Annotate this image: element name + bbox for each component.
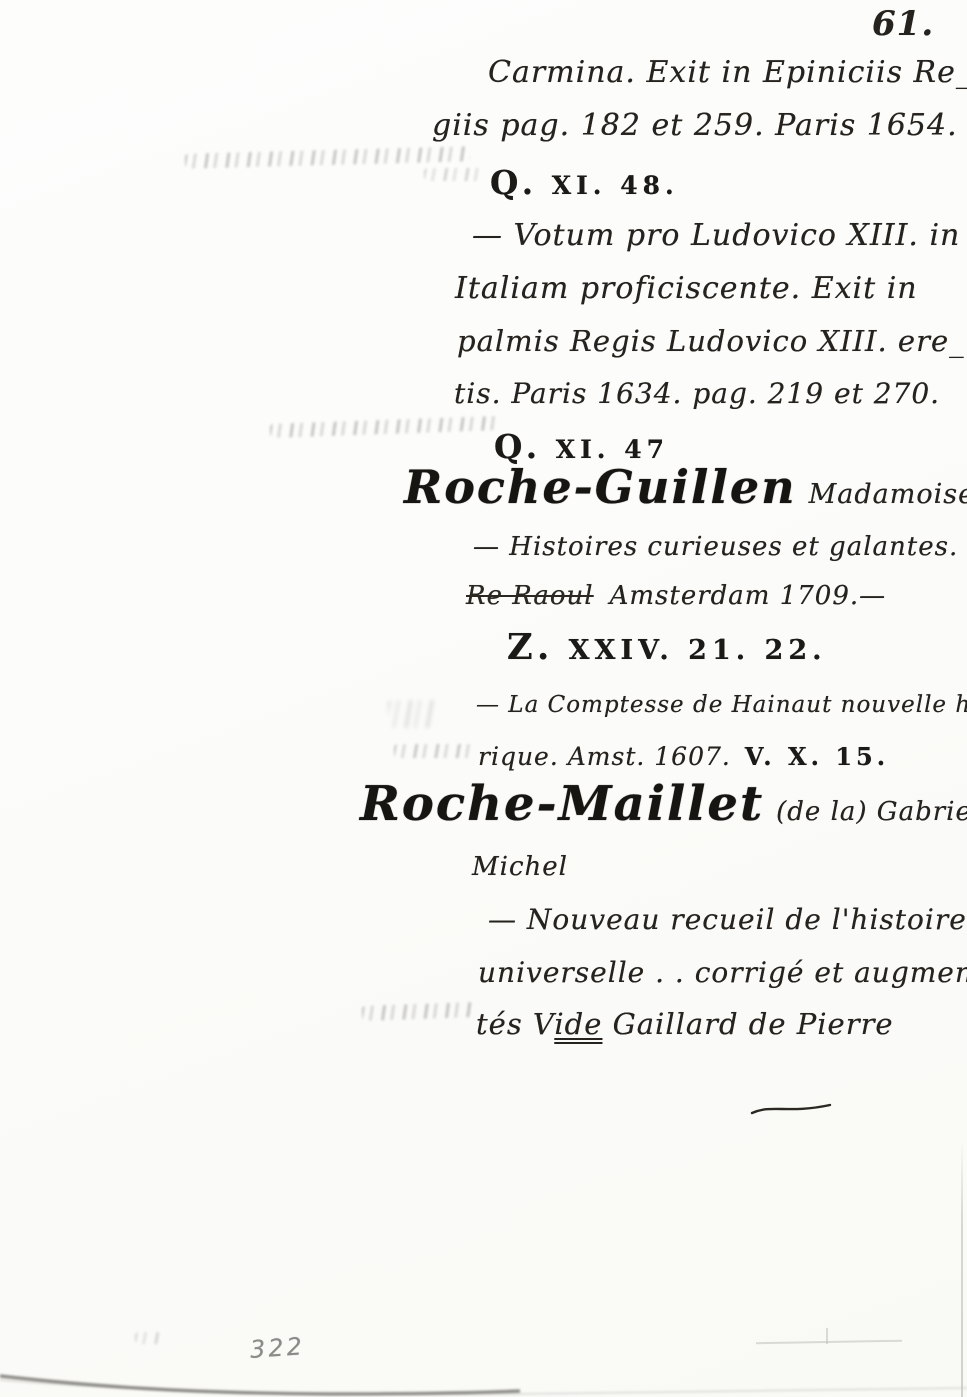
entry-heading-roche-maillet: Roche-Maillet(de la) Gabriel [360,776,967,832]
catalog-line-votum-2: Italiam proficiscente. Exit in [455,271,918,306]
catalog-line-nouveau-3: tés Vide Gaillard de Pierre [476,1007,894,1041]
shelfmark-v-x-15: V. X. 15. [745,742,889,771]
pencil-page-number: 322 [249,1332,306,1364]
ink-bleedthrough-smudge [270,416,498,438]
ink-flourish [748,1096,838,1122]
author-epithet: Madamoiselle [809,479,967,510]
catalog-line-comptesse-1: — La Comptesse de Hainaut nouvelle histo… [476,692,967,718]
ink-bleedthrough-smudge [388,700,436,728]
ink-bleedthrough-smudge [135,1332,161,1344]
author-firstnames-line2: Michel [472,852,568,882]
catalog-line-carmina-1: Carmina. Exit in Epiniciis Re_ [488,55,967,90]
catalog-line-votum-3: palmis Regis Ludovico XIII. ere_ [457,324,965,358]
catalog-line-carmina-2: giis pag. 182 et 259. Paris 1654. [432,108,958,143]
ink-bleedthrough-smudge [394,744,474,758]
vide-underlined: ide [554,1007,602,1041]
pencil-mark-tick [826,1328,828,1344]
catalog-line-nouveau-2: universelle . . corrigé et augmen_ [478,956,967,989]
nouveau-line3-post: Gaillard de Pierre [602,1007,893,1041]
catalog-line-comptesse-2: rique. Amst. 1607.V. X. 15. [478,742,889,771]
crossed-out-words: Re Raoul [466,581,594,611]
author-name: Roche-Maillet [360,776,764,832]
author-firstnames: (de la) Gabriel [776,797,967,827]
nouveau-line3-pre: tés V [476,1007,554,1041]
ink-bleedthrough-smudge [185,146,470,168]
catalog-line-votum-1: — Votum pro Ludovico XIII. in [472,218,960,253]
entry-heading-roche-guillen: Roche-GuillenMadamoiselle [404,460,967,514]
catalog-line-votum-4: tis. Paris 1634. pag. 219 et 270. [454,377,940,410]
shelfmark-q-xi-48: Q. XI. 48. [490,163,679,202]
manuscript-page: 61. Carmina. Exit in Epiniciis Re_ giis … [0,0,967,1397]
shelfmark-z-xxiv: Z. XXIV. 21. 22. [507,627,827,668]
page-bottom-edge-shadow [0,1366,967,1397]
ink-bleedthrough-smudge [424,168,482,181]
catalog-line-nouveau-1: — Nouveau recueil de l'histoire [488,903,967,936]
page-right-edge [961,1140,963,1397]
imprint-amst-1607: rique. Amst. 1607. [478,742,731,771]
catalog-line-histoires: — Histoires curieuses et galantes. [473,532,958,562]
catalog-line-amsterdam: Re RaoulAmsterdam 1709.— [466,581,886,611]
author-name: Roche-Guillen [404,460,797,514]
pencil-mark-line [756,1340,902,1345]
folio-number: 61. [872,4,934,44]
imprint-amsterdam: Amsterdam 1709.— [610,581,887,611]
ink-bleedthrough-smudge [362,1002,474,1021]
